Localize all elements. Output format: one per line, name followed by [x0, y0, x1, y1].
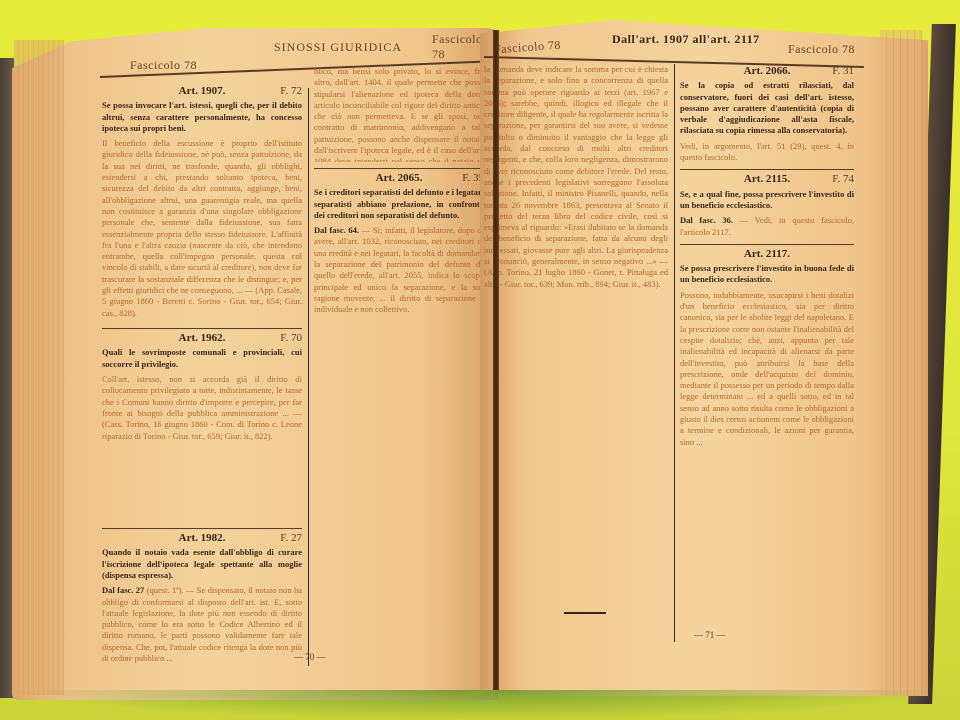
left-page-number: — 70 — — [294, 652, 326, 662]
article-separator — [680, 169, 854, 170]
article-summary: Se possa invocare l'art. istessi, quegli… — [102, 100, 302, 134]
article-separator — [314, 168, 484, 169]
article-body: Dal fasc. 27 (quest. 1ª). — Se dispensat… — [102, 585, 302, 685]
left-page-edges — [14, 40, 64, 695]
right-column-1: la domanda deve indicare la somma per cu… — [484, 64, 668, 612]
article-heading: Art. 2115. F. 74 — [680, 174, 854, 185]
article-body: Il beneficio della escussione è proprio … — [102, 138, 302, 322]
book-gutter — [493, 30, 499, 690]
article-body: Coll'art. istesso, non si accorda già il… — [102, 374, 302, 522]
end-rule — [564, 612, 606, 614]
right-header-title: Dall'art. 1907 all'art. 2117 — [612, 32, 760, 47]
article-summary: Se possa prescrivere l'investito in buon… — [680, 263, 854, 286]
right-page-number: — 71 — — [694, 630, 726, 640]
article-summary: Se, e a qual fine, possa prescrivere l'i… — [680, 189, 854, 212]
right-header-fascicolo: Fascicolo 78 — [494, 38, 562, 58]
left-column-2: blico, ma bensì solo privato, lo si evin… — [314, 66, 484, 675]
continuation-text: la domanda deve indicare la somma per cu… — [484, 64, 668, 612]
article-body: Dal fasc. 64. — Sì; infatti, il legislat… — [314, 225, 484, 675]
continuation-text: blico, ma bensì solo privato, lo si evin… — [314, 66, 484, 162]
book-cover-left — [0, 58, 14, 698]
right-page-edges — [880, 30, 922, 695]
left-header-fascicolo: Fascicolo 78 — [130, 58, 197, 73]
right-header-fascicolo-right: Fascicolo 78 — [788, 42, 855, 57]
article-heading: Art. 2065. F. 35 — [314, 173, 484, 184]
left-column-divider — [308, 88, 309, 666]
left-header-title: SINOSSI GIURIDICA — [274, 40, 402, 55]
article-body: Possono, indubbiamente, usucapirsi i ben… — [680, 290, 854, 650]
right-page: Fascicolo 78 Dall'art. 1907 all'art. 211… — [480, 20, 928, 696]
article-separator — [102, 528, 302, 529]
article-summary: Quali le sovrimposte comunali e provinci… — [102, 347, 302, 370]
article-separator — [680, 244, 854, 245]
article-heading: Art. 1962. F. 70 — [102, 333, 302, 344]
article-heading: Art. 1907. F. 72 — [102, 86, 302, 97]
right-column-2: Art. 2066. F. 31 Se la copia od estratti… — [680, 62, 854, 650]
left-column-1: Art. 1907. F. 72 Se possa invocare l'art… — [102, 82, 302, 685]
article-summary: Quando il notaio vada esente dall'obblig… — [102, 547, 302, 581]
article-heading: Art. 1982. F. 27 — [102, 533, 302, 544]
right-column-divider — [674, 64, 675, 642]
left-page: Fascicolo 78 SINOSSI GIURIDICA Fascicolo… — [12, 28, 498, 700]
article-summary: Se i creditori separatisti del defunto e… — [314, 187, 484, 221]
article-heading: Art. 2066. F. 31 — [680, 66, 854, 77]
book-shadow — [10, 690, 950, 720]
article-separator — [102, 328, 302, 329]
article-summary: Se la copia od estratti rilasciati, dal … — [680, 80, 854, 136]
article-body: Vedi, in argomento, l'art. 51 (29), ques… — [680, 141, 854, 164]
article-heading: Art. 2117. — [680, 249, 854, 260]
article-body: Dal fasc. 36. — Vedi, in questo fascicol… — [680, 215, 854, 238]
